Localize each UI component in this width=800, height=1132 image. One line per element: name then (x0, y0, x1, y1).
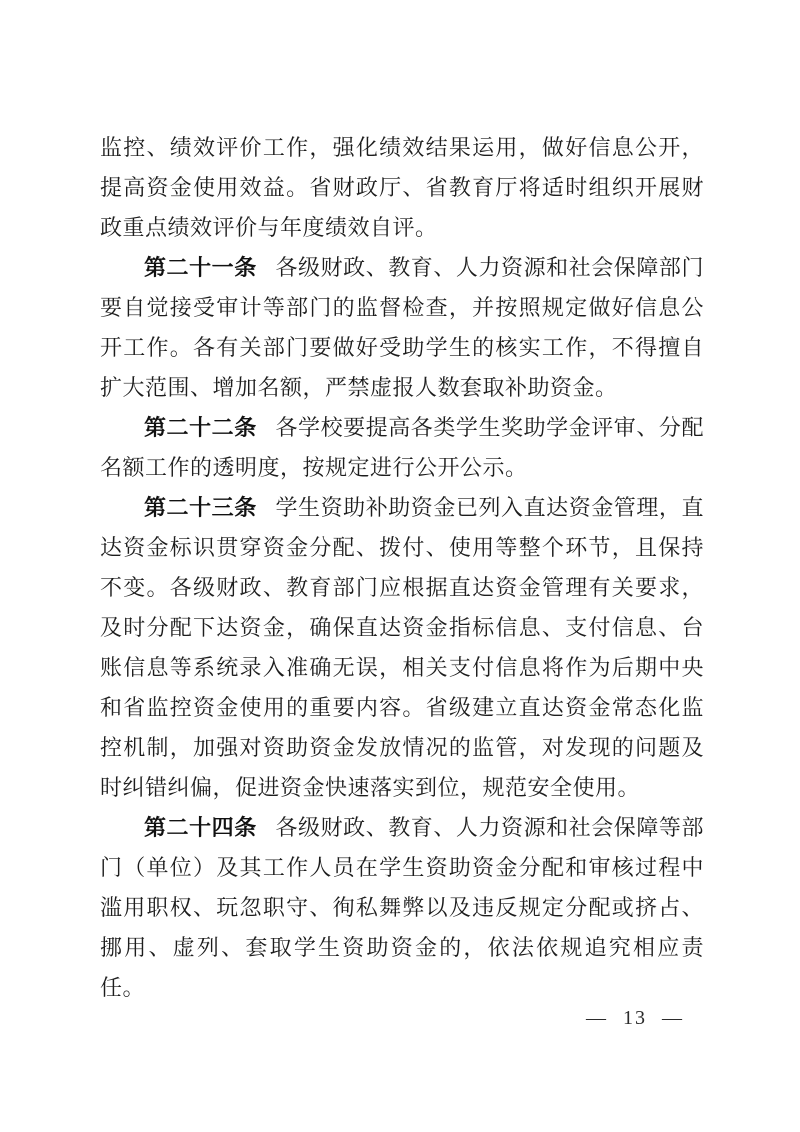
paragraph: 监控、绩效评价工作，强化绩效结果运用，做好信息公开，提高资金使用效益。省财政厅、… (100, 128, 704, 248)
paragraph-text: 各级财政、教育、人力资源和社会保障等部门（单位）及其工作人员在学生资助资金分配和… (100, 815, 704, 1000)
document-text-block: 监控、绩效评价工作，强化绩效结果运用，做好信息公开，提高资金使用效益。省财政厅、… (100, 128, 704, 1008)
paragraph: 第二十二条各学校要提高各类学生奖助学金评审、分配名额工作的透明度，按规定进行公开… (100, 408, 704, 488)
document-page: 监控、绩效评价工作，强化绩效结果运用，做好信息公开，提高资金使用效益。省财政厅、… (0, 0, 800, 1132)
article-number: 第二十二条 (144, 415, 257, 440)
paragraph-text: 学生资助补助资金已列入直达资金管理，直达资金标识贯穿资金分配、拨付、使用等整个环… (100, 495, 704, 800)
article-number: 第二十三条 (144, 495, 257, 520)
article-number: 第二十一条 (144, 255, 257, 280)
paragraph: 第二十一条各级财政、教育、人力资源和社会保障部门要自觉接受审计等部门的监督检查，… (100, 248, 704, 408)
paragraph: 第二十四条各级财政、教育、人力资源和社会保障等部门（单位）及其工作人员在学生资助… (100, 808, 704, 1008)
paragraph-text: 监控、绩效评价工作，强化绩效结果运用，做好信息公开，提高资金使用效益。省财政厅、… (100, 135, 704, 240)
page-number: — 13 — (575, 1003, 695, 1033)
paragraph: 第二十三条学生资助补助资金已列入直达资金管理，直达资金标识贯穿资金分配、拨付、使… (100, 488, 704, 808)
article-number: 第二十四条 (144, 815, 257, 840)
